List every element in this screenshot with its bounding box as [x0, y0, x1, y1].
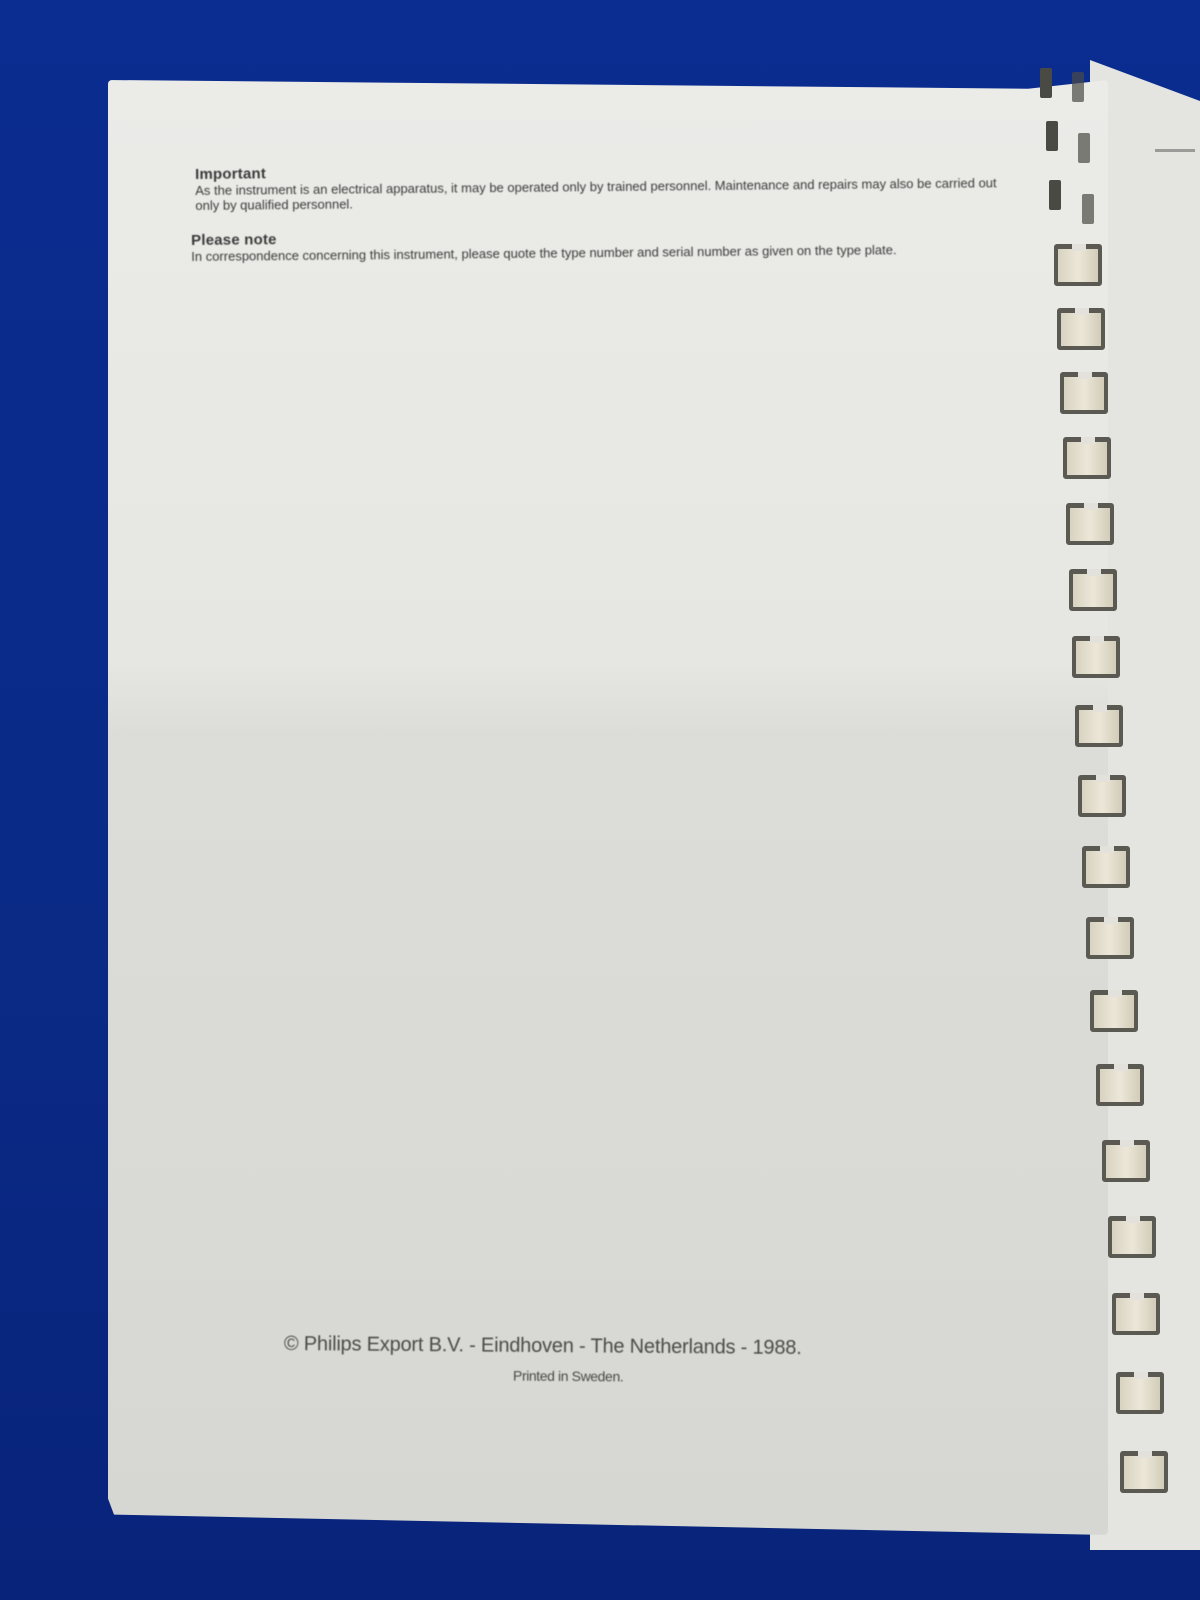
copyright-notice: © Philips Export B.V. - Eindhoven - The …: [284, 1333, 802, 1360]
adjacent-page-mark: [1155, 149, 1195, 152]
manual-page: [108, 80, 1108, 1535]
printed-in-notice: Printed in Sweden.: [513, 1368, 623, 1385]
important-section: Important As the instrument is an electr…: [195, 158, 1010, 213]
